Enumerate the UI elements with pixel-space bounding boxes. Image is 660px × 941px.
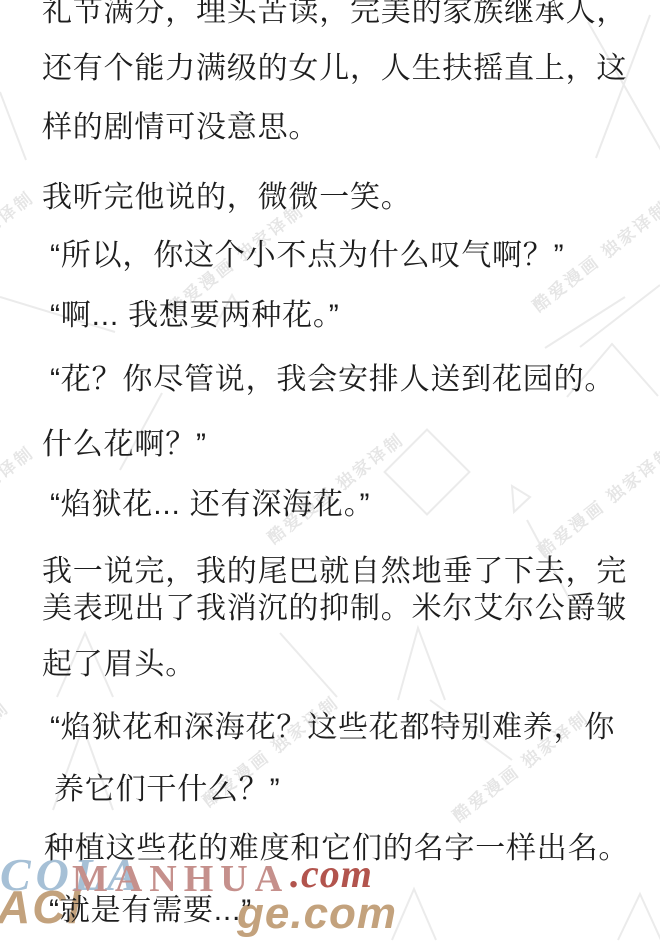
text-line: 起了眉头。 bbox=[42, 648, 196, 683]
text-line: 种植这些花的难度和它们的名字一样出名。 bbox=[44, 832, 629, 867]
text-line: “焰狱花和深海花？这些花都特别难养，你 bbox=[50, 711, 615, 746]
text-line: 我听完他说的，微微一笑。 bbox=[42, 181, 412, 216]
text-line: 养它们干什么？” bbox=[54, 773, 280, 808]
text-line: “花？你尽管说，我会安排人送到花园的。 bbox=[50, 363, 615, 398]
text-line: 我一说完，我的尾巴就自然地垂了下去，完 bbox=[42, 555, 627, 590]
text-line: “所以，你这个小不点为什么叹气啊？” bbox=[50, 239, 564, 274]
text-line: 美表现出了我消沉的抑制。米尔艾尔公爵皱 bbox=[42, 592, 627, 627]
text-line: 还有个能力满级的女儿，人生扶摇直上，这 bbox=[42, 52, 627, 87]
novel-text-layer: 礼节满分，埋头苦读，完美的家族继承人，还有个能力满级的女儿，人生扶摇直上，这样的… bbox=[0, 0, 660, 941]
text-line: “就是有需要...” bbox=[49, 894, 252, 929]
text-line: “焰狱花... 还有深海花。” bbox=[50, 488, 370, 523]
novel-page: 酷爱漫画 独家译制酷爱漫画 独家译制酷爱漫画 独家译制酷爱漫画 独家译制酷爱漫画… bbox=[0, 0, 660, 941]
text-line: “啊... 我想要两种花。” bbox=[50, 299, 340, 334]
text-line: 什么花啊？” bbox=[42, 428, 207, 463]
text-line: 样的剧情可没意思。 bbox=[42, 111, 319, 146]
text-line: 礼节满分，埋头苦读，完美的家族继承人， bbox=[42, 0, 627, 30]
